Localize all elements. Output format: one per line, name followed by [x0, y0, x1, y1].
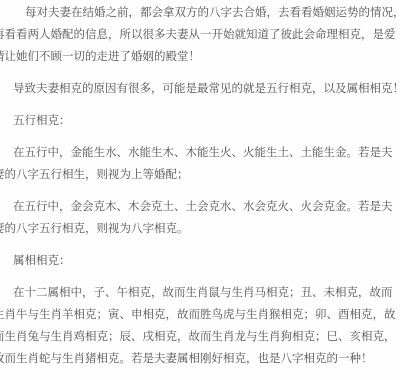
paragraph-causes: 导致夫妻相克的原因有很多，可能是最常见的就是五行相克，以及属相相克！ [0, 78, 400, 100]
article-text-block: 每对夫妻在结婚之前，都会拿双方的八字去合婚，去看看婚姻运势的情况， 再看看两人婚… [0, 2, 400, 370]
text-line: 在五行中，金会克木、木会克土、土会克水、水会克火、火会克金。若是夫 [0, 196, 400, 218]
paragraph-wuxing-sheng: 在五行中，金能生水、水能生木、木能生火、火能生土、土能生金。若是夫 妻的八字五行… [0, 142, 400, 186]
heading-line: 五行相克： [0, 110, 400, 132]
section-heading-shuxiang: 属相相克： [0, 250, 400, 272]
text-line: 生肖牛与生肖羊相克；寅、申相克，故而胜鸟虎与生肖猴相克；卯、酉相克，故 [0, 304, 400, 326]
heading-line: 属相相克： [0, 250, 400, 272]
text-line: 每对夫妻在结婚之前，都会拿双方的八字去合婚，去看看婚姻运势的情况， [0, 2, 400, 24]
text-line: 而生肖兔与生肖鸡相克；辰、戌相克，故而生肖龙与生肖狗相克；巳、亥相克， [0, 326, 400, 348]
paragraph-wuxing-ke: 在五行中，金会克木、木会克土、土会克水、水会克火、火会克金。若是夫 妻的八字五行… [0, 196, 400, 240]
text-line: 情让她们不顾一切的走进了婚姻的殿堂！ [0, 46, 400, 68]
article-page: 每对夫妻在结婚之前，都会拿双方的八字去合婚，去看看婚姻运势的情况， 再看看两人婚… [0, 0, 400, 380]
paragraph-shuxiang: 在十二属相中，子、午相克，故而生肖鼠与生肖马相克；丑、未相克，故而 生肖牛与生肖… [0, 282, 400, 370]
text-line: 故而生肖蛇与生肖猪相克。若是夫妻属相刚好相克，也是八字相克的一种！ [0, 348, 400, 370]
text-line: 妻的八字五行相生，则视为上等婚配； [0, 164, 400, 186]
text-line: 妻的八字五行相克，则视为八字相克。 [0, 218, 400, 240]
text-line: 在十二属相中，子、午相克，故而生肖鼠与生肖马相克；丑、未相克，故而 [0, 282, 400, 304]
text-line: 在五行中，金能生水、水能生木、木能生火、火能生土、土能生金。若是夫 [0, 142, 400, 164]
text-line: 导致夫妻相克的原因有很多，可能是最常见的就是五行相克，以及属相相克！ [0, 78, 400, 100]
text-line: 再看看两人婚配的信息，所以很多夫妻从一开始就知道了彼此会命理相克，是爱 [0, 24, 400, 46]
section-heading-wuxing: 五行相克： [0, 110, 400, 132]
paragraph-intro: 每对夫妻在结婚之前，都会拿双方的八字去合婚，去看看婚姻运势的情况， 再看看两人婚… [0, 2, 400, 68]
